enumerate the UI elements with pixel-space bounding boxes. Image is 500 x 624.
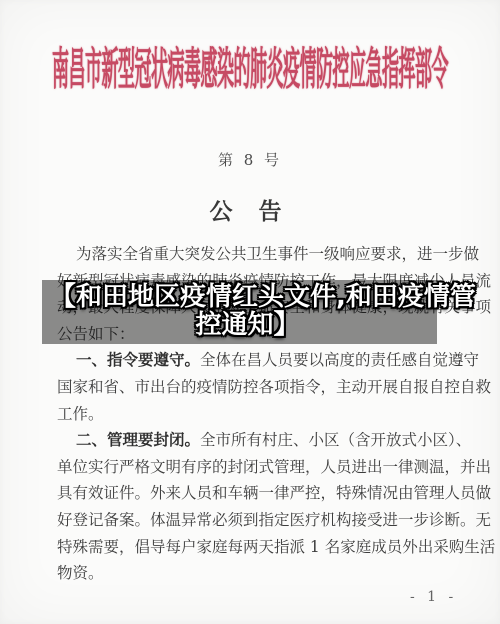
body-line: 一、指令要遵守。全体在昌人员要以高度的责任感自觉遵守 <box>57 347 453 374</box>
body-line: 国家和省、市出台的疫情防控各项指令，主动开展自报自控自救 <box>57 374 453 401</box>
red-header-title: 南昌市新型冠状病毒感染的肺炎疫情防控应急指挥部令 <box>52 32 448 97</box>
caption-line-2: 控通知】 <box>50 311 445 339</box>
document-number: 第 8 号 <box>0 149 500 170</box>
body-line: 二、管理要封闭。全市所有村庄、小区（含开放式小区）、 <box>57 427 453 454</box>
body-line: 特殊需要，倡导每户家庭每两天指派 1 名家庭成员外出采购生活 <box>57 534 453 561</box>
body-line: 为落实全省重大突发公共卫生事件一级响应要求，进一步做 <box>57 241 453 268</box>
body-line: 单位实行严格文明有序的封闭式管理，人员进出一律测温，并出 <box>57 454 453 481</box>
body-line: 具有效证件。外来人员和车辆一律严控，特殊情况由管理人员做 <box>57 480 453 507</box>
caption-overlay-band: 【和田地区疫情红头文件,和田疫情管 控通知】 <box>42 280 437 344</box>
body-line: 工作。 <box>57 401 453 428</box>
red-header-row: 南昌市新型冠状病毒感染的肺炎疫情防控应急指挥部令 <box>0 32 500 57</box>
body-line: 物资。 <box>57 560 453 587</box>
notice-title: 公 告 <box>0 193 500 226</box>
page-number: - 1 - <box>410 589 457 605</box>
caption-line-1: 【和田地区疫情红头文件,和田疫情管 <box>50 283 445 311</box>
document-photo: 南昌市新型冠状病毒感染的肺炎疫情防控应急指挥部令 第 8 号 公 告 为落实全省… <box>0 0 500 624</box>
body-line: 好登记备案。体温异常必须到指定医疗机构接受进一步诊断。无 <box>57 507 453 534</box>
caption-text: 【和田地区疫情红头文件,和田疫情管 控通知】 <box>50 280 445 339</box>
